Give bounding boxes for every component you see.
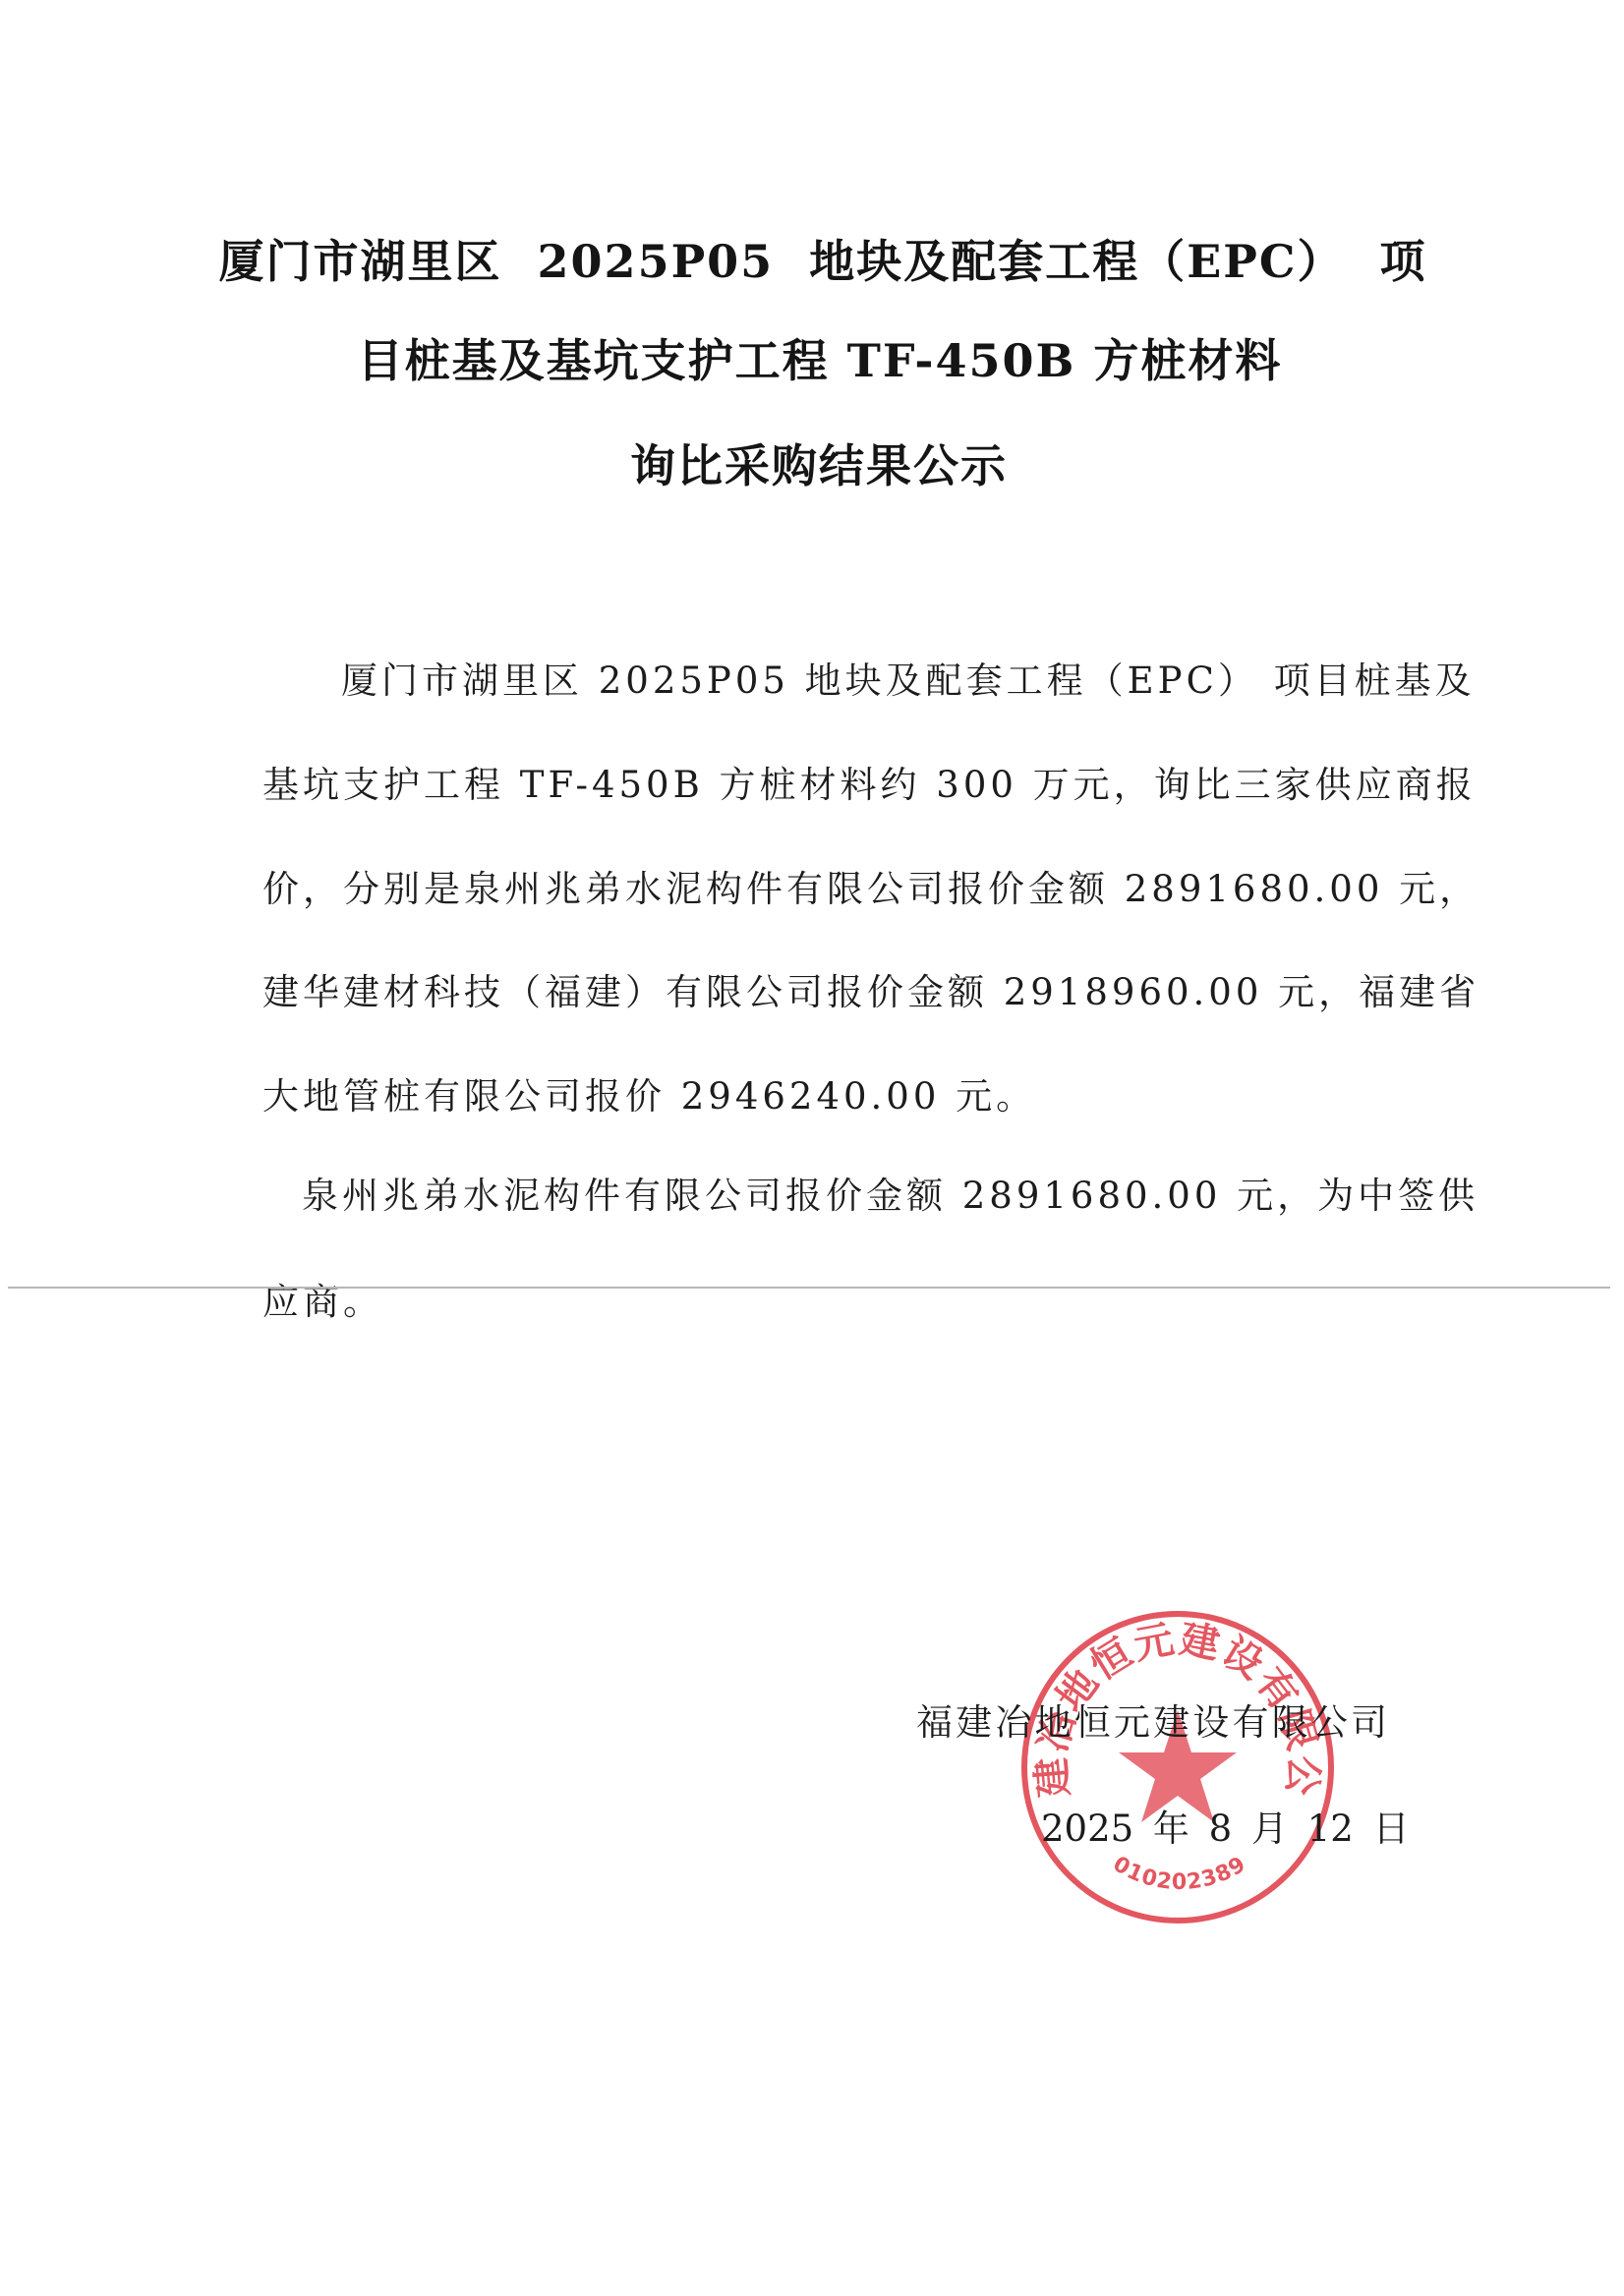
title-line-1: 厦门市湖里区 2025P05 地块及配套工程（EPC） 项	[0, 232, 1624, 291]
paragraph-1-line-2: 基坑支护工程 TF-450B 方桩材料约 300 万元，询比三家供应商报	[262, 761, 1387, 810]
issue-date: 2025 年 8 月 12 日	[1041, 1805, 1343, 1854]
paragraph-1-line-1: 厦门市湖里区 2025P05 地块及配套工程（EPC） 项目桩基及	[341, 657, 1387, 706]
paragraph-2-line-1: 泉州兆弟水泥构件有限公司报价金额 2891680.00 元，为中签供	[302, 1172, 1387, 1221]
paragraph-1-line-5: 大地管桩有限公司报价 2946240.00 元。	[262, 1072, 1036, 1121]
company-seal-stamp: 福建冶地恒元建设有限公司 3501020238933	[1018, 1608, 1337, 1926]
title-line-2: 目桩基及基坑支护工程 TF-450B 方桩材料	[0, 331, 1624, 390]
document-page: 厦门市湖里区 2025P05 地块及配套工程（EPC） 项 目桩基及基坑支护工程…	[0, 0, 1624, 2296]
issuer-company-name: 福建冶地恒元建设有限公司	[916, 1698, 1387, 1748]
paragraph-1-line-4: 建华建材科技（福建）有限公司报价金额 2918960.00 元，福建省	[262, 968, 1387, 1017]
paragraph-2-line-2: 应商。	[262, 1278, 383, 1327]
paragraph-1-line-3: 价，分别是泉州兆弟水泥构件有限公司报价金额 2891680.00 元，	[262, 865, 1387, 914]
title-line-3: 询比采购结果公示	[0, 436, 1624, 495]
scan-divider-line	[8, 1287, 1610, 1289]
